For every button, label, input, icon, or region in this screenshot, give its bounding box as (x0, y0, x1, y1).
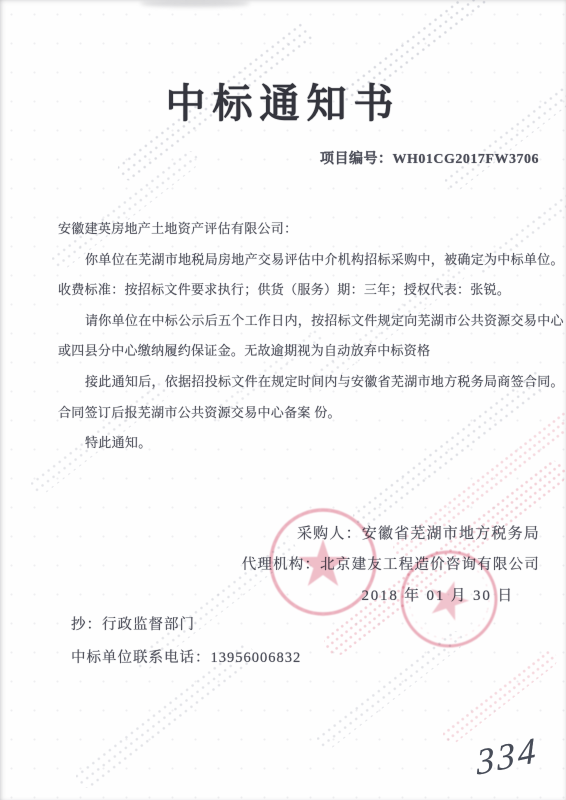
addressee-line: 安徽建英房地产土地资产评估有限公司： (58, 214, 542, 245)
contact-phone-line: 中标单位联系电话：13956006832 (71, 646, 301, 667)
project-number-label: 项目编号： (320, 152, 393, 167)
body-line: 或四县分中心缴纳履约保证金。无故逾期视为自动放弃中标资格 (58, 336, 542, 367)
document-title: 中标通知书 (0, 72, 566, 129)
cc-line: 抄：行政监督部门 (71, 613, 195, 634)
closing-line: 特此通知。 (58, 428, 542, 459)
handwritten-page-number: 334 (476, 728, 539, 784)
body-line: 合同签订后报芜湖市公共资源交易中心备案 份。 (58, 398, 542, 429)
project-number-line: 项目编号：WH01CG2017FW3706 (320, 148, 539, 168)
body-line: 请你单位在中标公示后五个工作日内，按招标文件规定向芜湖市公共资源交易中心 (58, 306, 542, 337)
body-line: 收费标准：按招标文件要求执行；供货（服务）期：三年；授权代表：张锐。 (58, 275, 542, 306)
body-line: 接此通知后，依据招投标文件在规定时间内与安徽省芜湖市地方税务局商签合同。 (58, 367, 542, 398)
document-body: 安徽建英房地产土地资产评估有限公司： 你单位在芜湖市地税局房地产交易评估中介机构… (58, 214, 542, 459)
scan-smudge (140, 0, 250, 7)
stamp-ink-speckle-band (439, 647, 560, 747)
project-number-value: WH01CG2017FW3706 (393, 152, 539, 167)
red-seal-stamp-icon (266, 505, 380, 619)
body-line: 你单位在芜湖市地税局房地产交易评估中介机构招标采购中，被确定为中标单位。 (58, 245, 542, 276)
scanned-document-page: 中标通知书 项目编号：WH01CG2017FW3706 安徽建英房地产土地资产评… (0, 0, 566, 800)
